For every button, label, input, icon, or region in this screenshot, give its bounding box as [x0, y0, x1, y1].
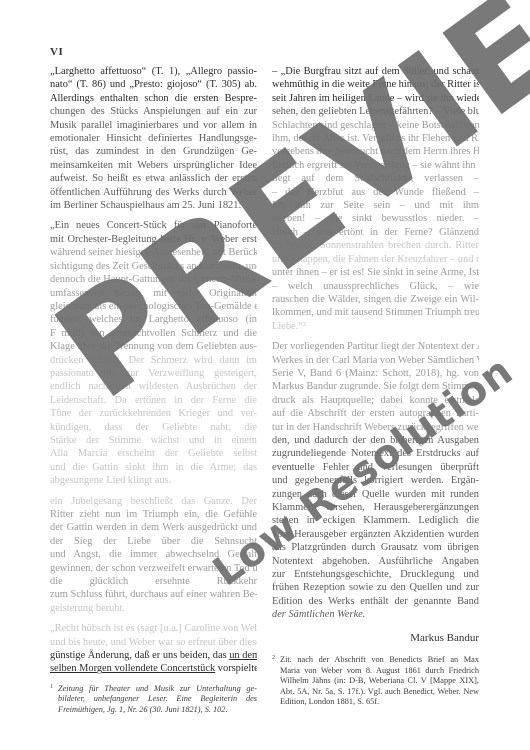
- text-line: eventuelle Fehler und Verlesungen überpr…: [272, 461, 479, 474]
- text-line: geisterung beruht.: [50, 602, 257, 615]
- text-line: funden, welches im Larghetto affettuoso …: [50, 313, 257, 326]
- text-line: druck als Hauptquelle; dabei konnte erst…: [272, 394, 479, 407]
- text-line: sichtigung des Zeit Geschmacks an Kurzer…: [50, 260, 257, 273]
- text-line: meinsamkeiten mit Webers ursprünglicher …: [50, 159, 257, 172]
- text-line: dennoch die Haupt-Gattungen der Concert-…: [50, 273, 257, 286]
- text-line: den, und dadurch der den bisherigen Ausg…: [272, 434, 479, 447]
- text-line: ihm, der ihr Alles ist. Vergebens ihr Fl…: [272, 132, 479, 145]
- text-line: gleichsam als ein psychologisches Ton-Ge…: [50, 300, 257, 313]
- text-line: während seiner hiesigen Anwesenheit, mit…: [50, 246, 257, 259]
- text-line: Liebe.“²: [272, 320, 479, 333]
- text-line: Edition des Werks enthält der genannte B…: [272, 595, 479, 608]
- footnote-2: 2 Zit. nach der Abschrift von Benedicts …: [272, 655, 479, 708]
- document-page: VI „Larghetto affettuoso“ (T. 1), „Alleg…: [0, 0, 530, 750]
- text-line: Töne der zurückkehrenden Krieger und ver…: [50, 407, 257, 420]
- footnote-line: bildeter, unbefangener Leser. Eine Begle…: [58, 694, 257, 705]
- text-line: – das Herzblut aus der Wunde fließend –: [272, 186, 479, 199]
- footnote-line: Zit. nach der Abschrift von Benedicts Br…: [280, 655, 479, 666]
- text-line: zugrundeliegende Notentext des Erstdruck…: [272, 447, 479, 460]
- text-line: – welch unaussprechliches Glück, – wie: [272, 280, 479, 293]
- text-line: stehen in eckigen Klammern. Lediglich di…: [272, 514, 479, 527]
- text-line: Musik parallel imaginierbares und vor al…: [50, 119, 257, 132]
- text-line: und die Gattin sinkt ihm in die Arme; da…: [50, 461, 257, 474]
- text-line: sehen, den geliebten Lebensgefährten? – …: [272, 105, 479, 118]
- text-line: wehmüthig in die weite Ferne hinaus; der…: [272, 78, 479, 91]
- text-line: aufweist. So heißt es etwa anlässlich de…: [50, 172, 257, 185]
- footnote-mark: 1: [50, 682, 53, 693]
- text-line: frühen Rezeption sowie zu den Quellen un…: [272, 581, 479, 594]
- footnote-line: Zeitung für Theater und Musik zur Unterh…: [58, 684, 257, 695]
- text-line: Klage über die Trennung von dem Geliebte…: [50, 340, 257, 353]
- left-column: „Larghetto affettuoso“ (T. 1), „Allegro …: [50, 65, 257, 716]
- text-line-underlined-end: günstige Änderung, daß er uns beiden, da…: [50, 649, 257, 662]
- text-line: Stärke der Stimme wächst und in einem: [50, 434, 257, 447]
- text-line: seit Jahren im heiligen Lande – wird sie…: [272, 92, 479, 105]
- text-line: Horch – was ertönt in der Ferne? Glänzen…: [272, 226, 479, 239]
- right-paragraph-1: – „Die Burgfrau sitzt auf dem Söller, un…: [272, 65, 479, 333]
- text-line: chungen des Stücks Anspielungen auf ein …: [50, 105, 257, 118]
- text-line: der Sieg der Liebe über die Sehnsucht: [50, 535, 257, 548]
- text-line: Ritter zieht nun im Triumph ein, die Gef…: [50, 508, 257, 521]
- left-paragraph-2: „Ein neues Concert-Stück für das Pianofo…: [50, 219, 257, 487]
- text-line: mit Orchester-Begleitung hatte Hr. v. We…: [50, 233, 257, 246]
- text-line: Schlachten sind geschlagen – keine Botsc…: [272, 119, 479, 132]
- text-line: die glücklich ersehnte Rückkehr: [50, 575, 257, 588]
- text-line: vergebens ihre Sehnsucht nach dem Herrn …: [272, 145, 479, 158]
- text-line: – „Die Burgfrau sitzt auf dem Söller, un…: [272, 65, 479, 78]
- text-line: der Gattin werden in dem Werk ausgedrück…: [50, 521, 257, 534]
- text-segment: vorspielte! –: [215, 663, 257, 674]
- text-line: „Ein neues Concert-Stück für das Pianofo…: [50, 219, 257, 232]
- text-line: im Walde, Sonnenstrahlen brechen durch. …: [272, 239, 479, 252]
- text-line: F moll) den schmachtvollen Schmerz und d…: [50, 327, 257, 340]
- text-line: im Berliner Schauspielhaus am 25. Juni 1…: [50, 199, 257, 212]
- text-line: endlich nach den wildesten Ausbrüchen de…: [50, 380, 257, 393]
- footnote-line: Maria von Weber vom 8. August 1861 durch…: [280, 666, 479, 677]
- underlined-text: selben Morgen vollendete Concertstück: [50, 663, 215, 674]
- left-paragraph-3: ein Jubelgesang beschließt das Ganze. De…: [50, 495, 257, 616]
- right-paragraph-2: Der vorliegenden Partitur liegt der Note…: [272, 340, 479, 622]
- text-line: rüst, das zumindest in den Grundzügen Ge…: [50, 145, 257, 158]
- text-line: vom Herausgeber ergänzten Akzidentien wu…: [272, 528, 479, 541]
- footnote-mark: 2: [272, 653, 275, 664]
- left-paragraph-1: „Larghetto affettuoso“ (T. 1), „Allegro …: [50, 65, 257, 212]
- text-line: passionato bis zur Verzweiflung gesteige…: [50, 367, 257, 380]
- text-line: öffentlichen Aufführung des Werks durch …: [50, 186, 257, 199]
- text-line: liegt auf dem Schlachtfelde, verlassen –: [272, 172, 479, 185]
- text-line: tur in der Handschrift Webers zurückgegr…: [272, 421, 479, 434]
- text-line: emotionaler Hinsicht definiertes Handlun…: [50, 132, 257, 145]
- text-line: „Recht hübsch ist es (sagt [u.a.] Caroli…: [50, 622, 257, 635]
- page-number: VI: [50, 46, 63, 58]
- text-line: zungen nach dieser Quelle wurden mit run…: [272, 488, 479, 501]
- text-line: umfassenden Sätzen, mit vieler Originali…: [50, 287, 257, 300]
- text-line: und bis heute, und Weber war so erfreut …: [50, 636, 257, 649]
- text-line: Endlich ergreift sie Verzweiflung – sie …: [272, 159, 479, 172]
- text-line: und gegebenenfalls korrigiert werden. Er…: [272, 474, 479, 487]
- text-line: aus Platzgründen durch Grausatz vom übri…: [272, 541, 479, 554]
- text-line: Markus Bandur zugrunde. Sie folgt dem St…: [272, 380, 479, 393]
- text-line: Leidenschaft. Da ertönen in der Ferne di…: [50, 394, 257, 407]
- text-line: kündigen, dass der Geliebte naht; die: [50, 421, 257, 434]
- text-line: und Knappen, die Fahnen der Kreuzfahrer …: [272, 253, 479, 266]
- text-line: der Sämtlichen Werke.: [272, 608, 479, 621]
- underlined-text: un dem-: [229, 650, 257, 661]
- footnote-1: 1 Zeitung für Theater und Musik zur Unte…: [50, 684, 257, 716]
- text-line: und Angst, die immer abwechselnd Gestalt: [50, 548, 257, 561]
- text-line: abgesungene Lied klingt aus.: [50, 474, 257, 487]
- text-segment: günstige Änderung, daß er uns beiden, da…: [50, 650, 229, 661]
- text-line: rauschen die Wälder, singen die Zweige e…: [272, 293, 479, 306]
- text-line: drücken scheint. Der Schmerz wird dann i…: [50, 354, 257, 367]
- author-signature: Markus Bandur: [272, 632, 479, 645]
- text-line: gewinnen, der schon verzweifelt erwartet…: [50, 562, 257, 575]
- text-line: auf die Abschrift der ersten autographen…: [272, 407, 479, 420]
- text-line: unter ihnen – er ist es! Sie sinkt in se…: [272, 266, 479, 279]
- text-line: ein Jubelgesang beschließt das Ganze. De…: [50, 495, 257, 508]
- footnote-line: Wilhelm Jähns (in: D-B, Weberiana Cl. V …: [280, 676, 479, 687]
- text-line: „Larghetto affettuoso“ (T. 1), „Allegro …: [50, 65, 257, 78]
- text-line: Ich ihm zur Seite sein – und mit ihm: [272, 199, 479, 212]
- text-line: sterben! – Sie sinkt bewusstlos nieder. …: [272, 212, 479, 225]
- right-column: – „Die Burgfrau sitzt auf dem Söller, un…: [272, 65, 479, 708]
- text-line: Serie V, Band 6 (Mainz: Schott, 2018), h…: [272, 367, 479, 380]
- text-line: Alla Marcia erscheint der Geliebte selbs…: [50, 447, 257, 460]
- footnote-line: Abt. 5A, Nr. 5a, S. 17f.). Vgl. auch Ben…: [280, 687, 479, 698]
- text-line: Werkes in der Carl Maria von Weber Sämtl…: [272, 354, 479, 367]
- footnote-line: Freimüthigen, Jg. 1, Nr. 26 (30. Juni 18…: [58, 705, 257, 716]
- text-line: Der vorliegenden Partitur liegt der Note…: [272, 340, 479, 353]
- left-paragraph-4: „Recht hübsch ist es (sagt [u.a.] Caroli…: [50, 622, 257, 676]
- text-line: lkommen, und mit tausend Stimmen Triumph…: [272, 306, 479, 319]
- text-line: Allerdings enthalten schon die ersten Be…: [50, 92, 257, 105]
- text-line: zur Entstehungsgeschichte, Drucklegung u…: [272, 568, 479, 581]
- text-line: nato“ (T. 86) und „Presto: giojoso“ (T. …: [50, 78, 257, 91]
- text-line: Klammern versehen, Herausgeberergänzunge…: [272, 501, 479, 514]
- text-line: zum Schluss führt, durchaus auf einer wa…: [50, 588, 257, 601]
- footnote-line: Edition, London 1881, S. 65f.: [280, 697, 479, 708]
- text-line: Notentext abgehoben. Ausführliche Angabe…: [272, 555, 479, 568]
- text-line-underlined-start: selben Morgen vollendete Concertstück vo…: [50, 662, 257, 675]
